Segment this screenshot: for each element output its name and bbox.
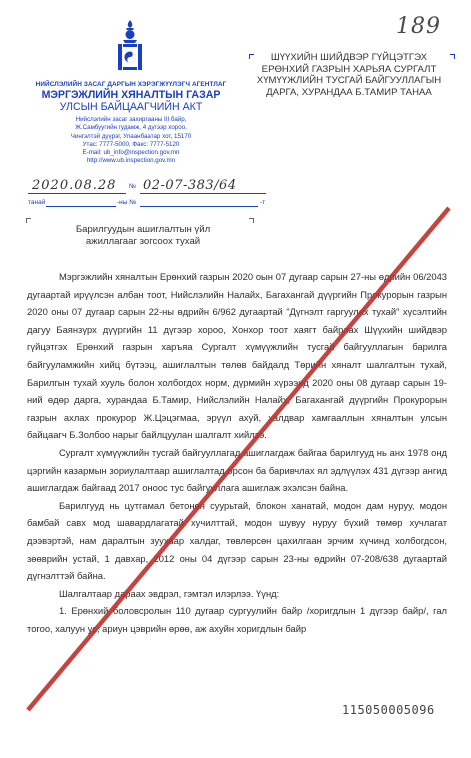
- ref-number-underline: [140, 206, 258, 207]
- document-type: УЛСЫН БАЙЦААГЧИЙН АКТ: [0, 101, 262, 113]
- corner-mark: [450, 54, 455, 59]
- recipient-line: ДАРГА, ХУРАНДАА Б.ТАМИР ТАНАА: [235, 87, 463, 99]
- corner-mark: [249, 54, 254, 59]
- date-underline: [28, 193, 126, 194]
- subject-line: Барилгуудын ашиглалтын үйл: [28, 224, 258, 236]
- subject-line: ажиллагааг зогсоох тухай: [28, 236, 258, 248]
- recipient-line: ХҮМҮҮЖЛИЙН ТУСГАЙ БАЙГУУЛЛАГЫН: [235, 75, 463, 87]
- subject-heading: Барилгуудын ашиглалтын үйл ажиллагааг зо…: [28, 224, 258, 248]
- body-paragraph: Мэргэжлийн хяналтын Ерөнхий газрын 2020 …: [27, 268, 447, 444]
- soyombo-emblem-icon: [114, 20, 146, 72]
- phone-line: Утас: 7777-5000, Факс: 7777-5120: [0, 141, 262, 149]
- organization-name: МЭРГЭЖЛИЙН ХЯНАЛТЫН ГАЗАР: [0, 89, 262, 101]
- email-line: E-mail: ub_info@inspection.gov.mn: [0, 149, 262, 157]
- letterhead: НИЙСЛЭЛИЙН ЗАСАГ ДАРГЫН ХЭРЭГЖҮҮЛЭГЧ АГЕ…: [0, 80, 262, 166]
- address-block: Нийслэлийн засаг захиргааны III байр, Ж.…: [0, 116, 262, 166]
- address-line: Чингэлтэй дүүрэг, Улаанбаатар хот, 15170: [0, 133, 262, 141]
- corner-mark: [249, 218, 254, 223]
- registration-line: 2020.08.28 № 02-07-383/64: [28, 178, 268, 196]
- body-paragraph: 1. Ерөнхий боловсролын 110 дугаар сургуу…: [27, 602, 447, 637]
- corner-mark: [26, 218, 31, 223]
- reference-line: танай -ны № -т: [28, 198, 268, 210]
- recipient-line: ЕРӨНХИЙ ГАЗРЫН ХАРЬЯА СУРГАЛТ: [235, 64, 463, 76]
- ref-date-underline: [46, 206, 116, 207]
- body-paragraph: Барилгууд нь цутгамал бетонон суурьтай, …: [27, 497, 447, 585]
- body-paragraph: Сургалт хүмүүжлийн тусгай байгууллагад а…: [27, 444, 447, 497]
- address-line: Ж.Самбуугийн гудамж, 4 дүгээр хороо,: [0, 124, 262, 132]
- ref-prefix: танай: [28, 199, 45, 206]
- page-number: 189: [396, 14, 441, 39]
- number-underline: [140, 193, 266, 194]
- agency-name: НИЙСЛЭЛИЙН ЗАСАГ ДАРГЫН ХЭРЭГЖҮҮЛЭГЧ АГЕ…: [0, 80, 262, 89]
- recipient-address: ШҮҮХИЙН ШИЙДВЭР ГҮЙЦЭТГЭХ ЕРӨНХИЙ ГАЗРЫН…: [235, 52, 463, 98]
- recipient-line: ШҮҮХИЙН ШИЙДВЭР ГҮЙЦЭТГЭХ: [235, 52, 463, 64]
- ref-suffix: -т: [260, 199, 265, 206]
- document-date: 2020.08.28: [32, 178, 116, 193]
- address-line: Нийслэлийн засаг захиргааны III байр,: [0, 116, 262, 124]
- ref-mid: -ны №: [117, 199, 136, 206]
- document-body: Мэргэжлийн хяналтын Ерөнхий газрын 2020 …: [27, 268, 447, 637]
- document-number: 02-07-383/64: [143, 178, 237, 193]
- website-line: http://www.ub.inspection.gov.mn: [0, 157, 262, 165]
- body-paragraph: Шалгалтаар дараах эвдрэл, гэмтэл илэрлээ…: [27, 585, 447, 603]
- number-label: №: [129, 183, 136, 190]
- document-code: 115050005096: [342, 703, 435, 717]
